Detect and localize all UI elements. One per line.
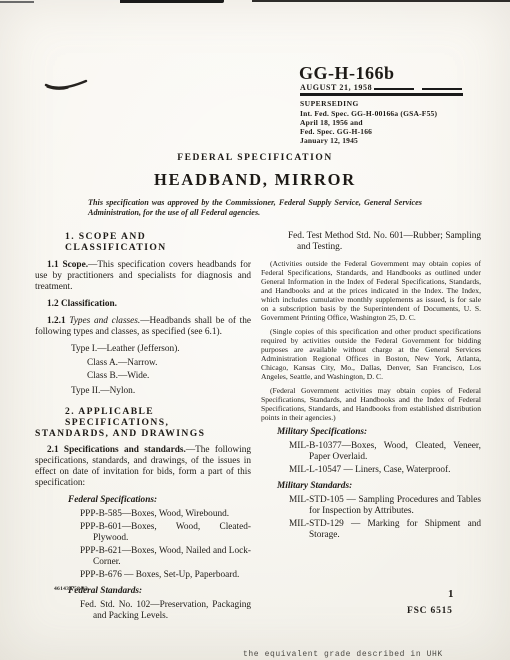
fsc-code: FSC 6515 (407, 606, 453, 616)
superseding-label: SUPERSEDING (300, 99, 359, 108)
page-number: 1 (448, 588, 454, 600)
print-order-code: 461439/58/43 (54, 585, 88, 591)
government-activities-note: (Federal Government activities may obtai… (261, 386, 481, 422)
header-rule-segment (422, 88, 462, 90)
type-list-item: Class A.—Narrow. (35, 358, 251, 369)
scan-edge-artifact (120, 0, 224, 3)
paragraph-2-1: 2.1 Specifications and standards.—The fo… (35, 445, 251, 489)
paragraph-1-2-1: 1.2.1 Types and classes.—Headbands shall… (35, 316, 251, 338)
superseding-line: January 12, 1945 (300, 136, 358, 145)
pen-check-mark (44, 78, 90, 94)
spec-list-item: PPP-B-601—Boxes, Wood, Cleated-Plywood. (35, 522, 251, 544)
type-list-item: Type II.—Nylon. (35, 386, 251, 397)
availability-note: (Activities outside the Federal Governme… (261, 259, 481, 322)
scan-edge-artifact (252, 0, 510, 2)
spec-list-item: MIL-B-10377—Boxes, Wood, Cleated, Veneer… (261, 441, 481, 463)
spec-list-item: MIL-STD-105 — Sampling Procedures and Ta… (261, 495, 481, 517)
spec-list-item: PPP-B-621—Boxes, Wood, Nailed and Lock-C… (35, 546, 251, 568)
type-list-item: Type I.—Leather (Jefferson). (35, 344, 251, 355)
section-2-heading-line2: STANDARDS, AND DRAWINGS (35, 428, 251, 439)
spec-list-item: PPP-B-585—Boxes, Wood, Wirebound. (35, 509, 251, 520)
bottom-cutoff-text: the equivalent grade described in UHK (243, 650, 510, 659)
paragraph-1-2-1-term: Types and classes. (69, 316, 140, 326)
paragraph-1-1: 1.1 Scope.—This specification covers hea… (35, 260, 251, 293)
section-2-heading-line1: 2. APPLICABLE SPECIFICATIONS, (65, 406, 251, 428)
paragraph-1-1-lead: 1.1 Scope. (47, 260, 88, 270)
superseding-line: April 18, 1956 and (300, 118, 363, 127)
header-rule-segment (374, 88, 414, 90)
superseding-line: Fed. Spec. GG-H-166 (300, 127, 372, 136)
header-rule (300, 93, 463, 96)
military-specifications-label: Military Specifications: (261, 427, 481, 438)
document-number: GG-H-166b (299, 63, 395, 84)
scanned-document-page: GG-H-166b AUGUST 21, 1958 SUPERSEDING In… (0, 0, 510, 660)
section-1-heading: 1. SCOPE AND CLASSIFICATION (65, 231, 251, 253)
document-date: AUGUST 21, 1958 (300, 83, 372, 92)
left-column: 1. SCOPE AND CLASSIFICATION 1.1 Scope.—T… (35, 231, 251, 624)
spec-list-item: PPP-B-676 — Boxes, Set-Up, Paperboard. (35, 570, 251, 581)
right-column: Fed. Test Method Std. No. 601—Rubber; Sa… (261, 231, 481, 543)
test-method-item: Fed. Test Method Std. No. 601—Rubber; Sa… (261, 231, 481, 253)
spec-list-item: MIL-L-10547 — Liners, Case, Waterproof. (261, 465, 481, 476)
scan-edge-artifact (0, 1, 34, 3)
spec-list-item: MIL-STD-129 — Marking for Shipment and S… (261, 519, 481, 541)
paragraph-1-2: 1.2 Classification. (35, 299, 251, 310)
paragraph-1-2-1-number: 1.2.1 (47, 316, 69, 326)
single-copies-note: (Single copies of this specification and… (261, 327, 481, 381)
approval-note: This specification was approved by the C… (88, 198, 422, 217)
superseding-line: Int. Fed. Spec. GG-H-00166a (GSA-F55) (300, 109, 437, 118)
paragraph-1-2-text: 1.2 Classification. (47, 299, 117, 309)
military-standards-label: Military Standards: (261, 481, 481, 492)
paragraph-2-1-lead: 2.1 Specifications and standards. (47, 445, 186, 455)
document-title: HEADBAND, MIRROR (0, 170, 510, 190)
federal-specifications-label: Federal Specifications: (35, 495, 251, 506)
section-2-heading: 2. APPLICABLE SPECIFICATIONS, STANDARDS,… (35, 406, 251, 439)
spec-kicker: FEDERAL SPECIFICATION (0, 153, 510, 163)
spec-list-item: Fed. Std. No. 102—Preservation, Packagin… (35, 600, 251, 622)
type-list-item: Class B.—Wide. (35, 371, 251, 382)
